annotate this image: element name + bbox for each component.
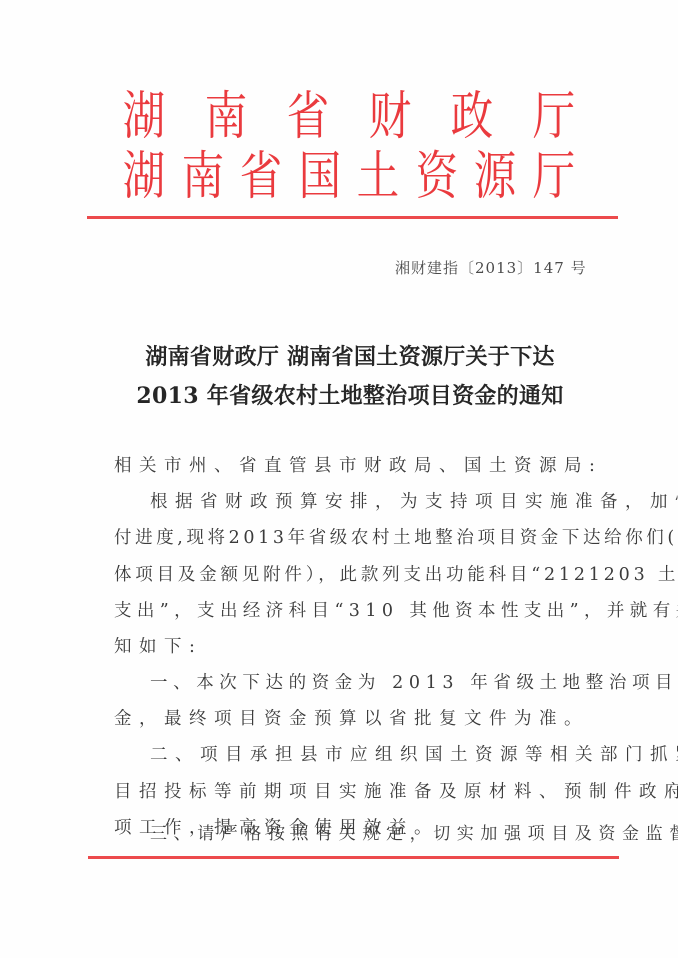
item-three-line: 三、请严格按照有关规定，切实加强项目及资金监督管理， <box>150 819 628 844</box>
red-divider-top <box>87 216 618 219</box>
letterhead-char: 南 <box>181 151 224 203</box>
letterhead-char: 财 <box>369 91 412 143</box>
letterhead-line-land-resources-department: 湖 南 省 国 土 资 源 厅 <box>118 149 580 205</box>
item-two-line: 二、项目承担县市应组织国土资源等相关部门抓紧做好项 <box>150 741 628 766</box>
letterhead-char: 土 <box>357 151 400 203</box>
document-title-line-1: 湖南省财政厅 湖南省国土资源厅关于下达 <box>100 340 600 371</box>
letterhead-char: 湖 <box>123 91 166 143</box>
item-one-line: 一、本次下达的资金为 2013 年省级土地整治项目预安排资 <box>150 669 628 694</box>
item-two-line: 目招投标等前期项目实施准备及原材料、预制件政府采购等各 <box>114 778 592 803</box>
letterhead-char: 资 <box>415 151 458 203</box>
letterhead-char: 政 <box>451 91 494 143</box>
letterhead-char: 湖 <box>123 151 166 203</box>
document-page: 湖 南 省 财 政 厅 湖 南 省 国 土 资 源 厅 湘财建指〔2013〕14… <box>0 0 678 958</box>
letterhead-char: 国 <box>298 151 341 203</box>
letterhead-char: 省 <box>240 151 283 203</box>
addressee-line: 相关市州、省直管县市财政局、国土资源局: <box>114 452 592 477</box>
body-paragraph-line: 知如下: <box>114 633 592 658</box>
document-title-line-2: 2013 年省级农村土地整治项目资金的通知 <box>100 379 600 410</box>
item-one-line: 金，最终项目资金预算以省批复文件为准。 <box>114 705 592 730</box>
letterhead-char: 厅 <box>533 151 576 203</box>
letterhead-char: 省 <box>287 91 330 143</box>
body-paragraph-line: 付进度,现将2013年省级农村土地整治项目资金下达给你们(具 <box>114 524 592 549</box>
document-number: 湘财建指〔2013〕147 号 <box>395 257 587 278</box>
letterhead-char: 源 <box>474 151 517 203</box>
body-paragraph-line: 根据省财政预算安排，为支持项目实施准备，加快资金支 <box>150 488 628 513</box>
body-paragraph-line: 支出”，支出经济科目“310 其他资本性支出”，并就有关事项通 <box>114 597 592 622</box>
letterhead-char: 厅 <box>533 91 576 143</box>
letterhead-line-finance-department: 湖 南 省 财 政 厅 <box>118 89 580 145</box>
red-divider-bottom <box>88 856 619 859</box>
letterhead-char: 南 <box>205 91 248 143</box>
body-paragraph-line: 体项目及金额见附件），此款列支出功能科目“2121203 土地整理 <box>114 561 592 586</box>
